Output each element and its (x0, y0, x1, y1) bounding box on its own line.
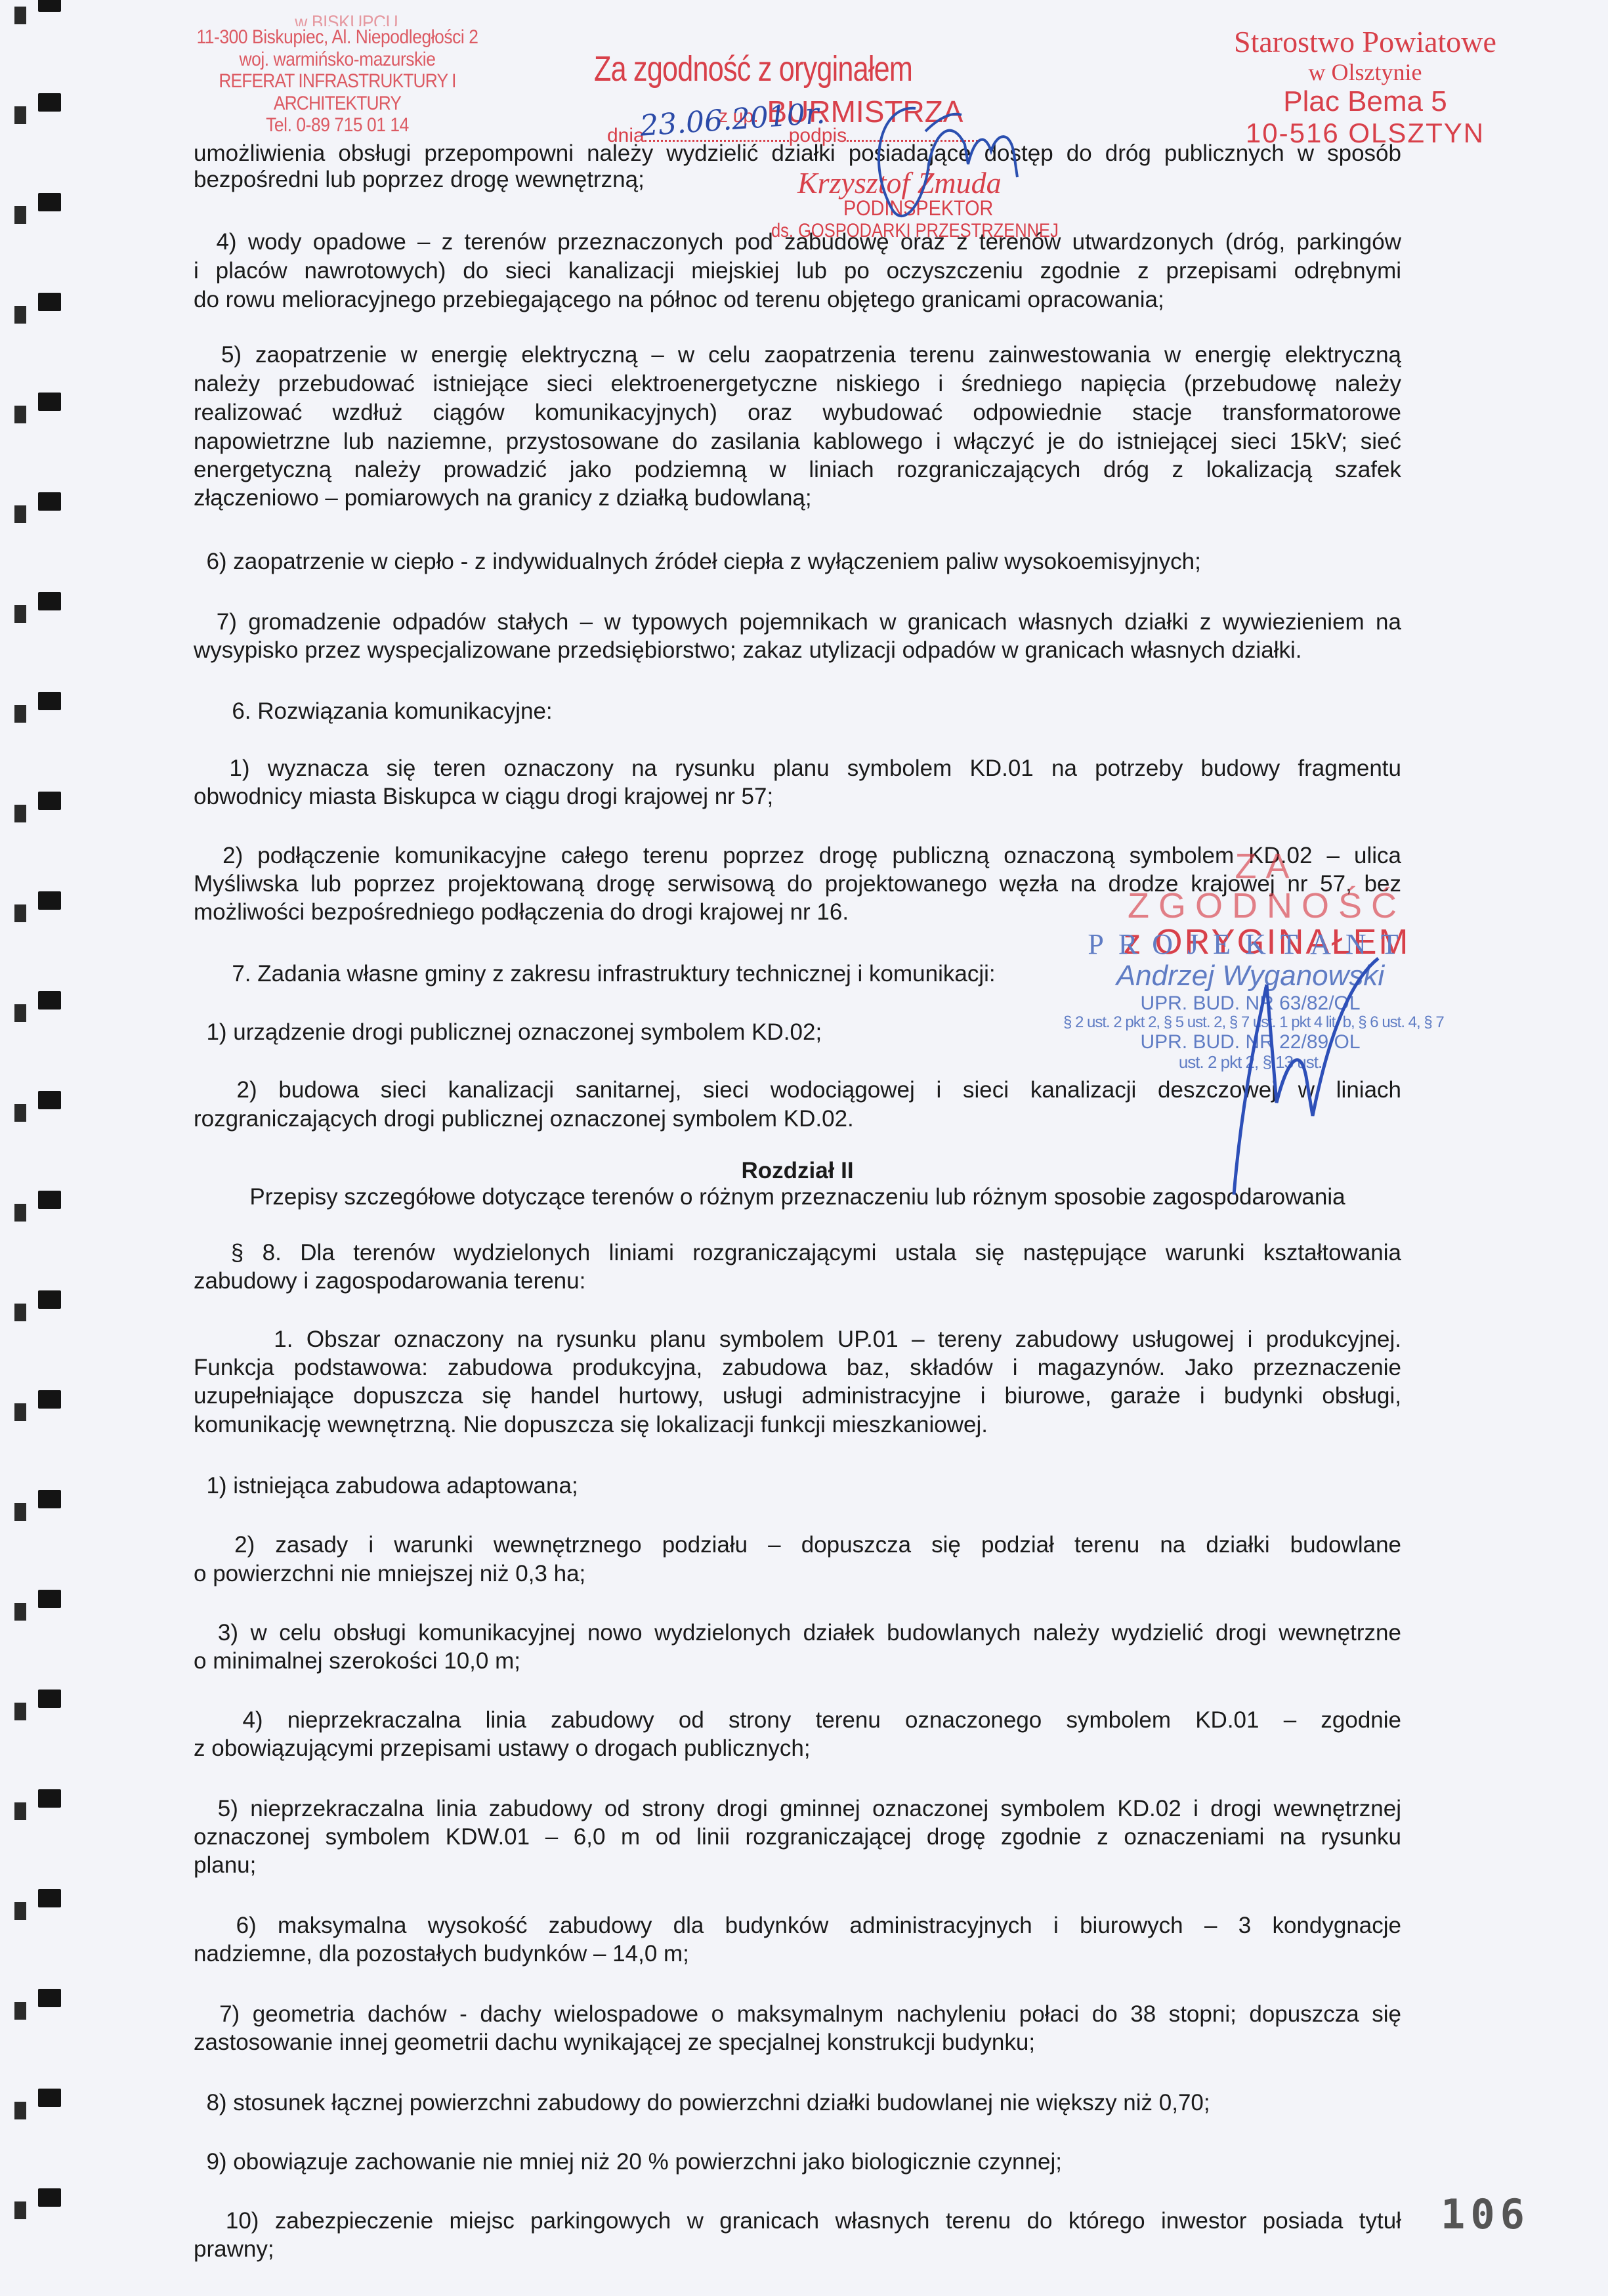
binding-hole-icon (38, 1191, 61, 1209)
document-text-line: uzupełniające dopuszcza się handel hurto… (194, 1382, 1401, 1410)
document-text-line: i placów nawrotowych) do sieci kanalizac… (194, 257, 1401, 285)
document-text-line: zastosowanie innej geometrii dachu wynik… (194, 2029, 1401, 2056)
document-text-line: 5) zaopatrzenie w energię elektryczną – … (194, 341, 1401, 369)
binding-hole-icon (38, 1989, 61, 2007)
binding-hole-icon (14, 2002, 26, 2020)
document-text-line: oznaczonej symbolem KDW.01 – 6,0 m od li… (194, 1823, 1401, 1851)
document-text-line: 4) nieprzekraczalna linia zabudowy od st… (194, 1707, 1401, 1734)
document-text-line: prawny; (194, 2236, 1401, 2263)
document-text-line: umożliwienia obsługi przepompowni należy… (194, 140, 1401, 167)
document-text-line: 6) zaopatrzenie w ciepło - z indywidualn… (194, 548, 1401, 576)
document-text-line: § 8. Dla terenów wydzielonych liniami ro… (194, 1239, 1401, 1267)
certification-stamp: Za zgodność z oryginałem z up. BURMISTRZ… (594, 49, 1172, 89)
certification-heading: Za zgodność z oryginałem (594, 49, 1056, 89)
binding-hole-icon (38, 1290, 61, 1309)
binding-hole-icon (14, 705, 26, 723)
document-text-line: złączeniowo – pomiarowych na granicy z d… (194, 484, 1401, 512)
document-text-line: 2) budowa sieci kanalizacji sanitarnej, … (194, 1076, 1401, 1104)
binding-strip (0, 0, 72, 2296)
stamp-department: REFERAT INFRASTRUKTURY I ARCHITEKTURY (164, 70, 511, 114)
document-text-line: 1) istniejąca zabudowa adaptowana; (194, 1472, 1401, 1500)
binding-hole-icon (14, 1004, 26, 1022)
binding-hole-icon (14, 1703, 26, 1720)
binding-hole-icon (14, 2201, 26, 2219)
binding-hole-icon (14, 2102, 26, 2119)
document-text-line: Przepisy szczegółowe dotyczące terenów o… (194, 1183, 1401, 1211)
binding-hole-icon (38, 692, 61, 710)
binding-hole-icon (38, 1390, 61, 1409)
designer-license-1: UPR. BUD. NR 63/82/OL (1063, 992, 1437, 1014)
binding-hole-icon (38, 0, 61, 12)
binding-hole-icon (38, 792, 61, 810)
binding-hole-icon (14, 1503, 26, 1521)
county-office-name: Starostwo Powiatowe (1195, 25, 1536, 59)
document-text-line: 1) wyznacza się teren oznaczony na rysun… (194, 755, 1401, 782)
binding-hole-icon (14, 306, 26, 324)
binding-hole-icon (14, 106, 26, 124)
document-text-line: do rowu melioracyjnego przebiegającego n… (194, 286, 1401, 314)
binding-hole-icon (38, 1091, 61, 1109)
binding-hole-icon (38, 1889, 61, 1907)
binding-hole-icon (38, 2089, 61, 2107)
document-text-line: 4) wody opadowe – z terenów przeznaczony… (194, 228, 1401, 256)
document-text-line: 3) w celu obsługi komunikacyjnej nowo wy… (194, 1619, 1401, 1647)
conformity-line1: ZA ZGODNOŚĆ (1116, 847, 1418, 926)
document-text-line: o minimalnej szerokości 10,0 m; (194, 1648, 1401, 1675)
document-text-line: komunikację wewnętrzną. Nie dopuszcza si… (194, 1411, 1401, 1439)
binding-hole-icon (38, 891, 61, 910)
stamp-line: ... w BISKUPCU (164, 12, 511, 26)
binding-hole-icon (14, 1204, 26, 1222)
document-text-line: z obowiązującymi przepisami ustawy o dro… (194, 1735, 1401, 1762)
county-office-stamp: Starostwo Powiatowe w Olsztynie Plac Bem… (1195, 25, 1536, 148)
document-text-line: należy przebudować istniejące sieci elek… (194, 370, 1401, 398)
document-text-line: realizować wzdłuż ciągów komunikacyjnych… (194, 399, 1401, 427)
binding-hole-icon (14, 1802, 26, 1820)
document-text-line: napowietrzne lub naziemne, przystosowane… (194, 428, 1401, 456)
binding-hole-icon (14, 1603, 26, 1621)
binding-hole-icon (14, 1403, 26, 1421)
county-office-city: w Olsztynie (1195, 59, 1536, 85)
binding-hole-icon (14, 505, 26, 523)
stamp-phone: Tel. 0-89 715 01 14 (164, 114, 511, 137)
document-text-line: 6. Rozwiązania komunikacyjne: (194, 698, 1401, 725)
document-text-line: 2) zasady i warunki wewnętrznego podział… (194, 1531, 1401, 1559)
document-text-line: zabudowy i zagospodarowania terenu: (194, 1267, 1401, 1295)
document-text-line: 6) maksymalna wysokość zabudowy dla budy… (194, 1912, 1401, 1940)
binding-hole-icon (14, 7, 26, 24)
binding-hole-icon (14, 605, 26, 623)
document-text-line: rozgraniczających drogi publicznej oznac… (194, 1105, 1401, 1133)
document-text-line: obwodnicy miasta Biskupca w ciągu drogi … (194, 783, 1401, 811)
municipal-office-stamp: ... w BISKUPCU 11-300 Biskupiec, Al. Nie… (164, 12, 511, 137)
document-text-line: Funkcja podstawowa: zabudowa produkcyjna… (194, 1354, 1401, 1382)
binding-hole-icon (38, 492, 61, 511)
binding-hole-icon (14, 1104, 26, 1122)
stamp-region: woj. warmińsko-mazurskie (164, 49, 511, 71)
binding-hole-icon (38, 393, 61, 411)
signatory-title: PODINSPEKTOR (843, 197, 993, 221)
binding-hole-icon (38, 2188, 61, 2207)
binding-hole-icon (38, 991, 61, 1010)
binding-hole-icon (14, 1902, 26, 1920)
binding-hole-icon (38, 193, 61, 211)
binding-hole-icon (14, 805, 26, 822)
binding-hole-icon (14, 406, 26, 423)
county-office-street: Plac Bema 5 (1195, 85, 1536, 117)
document-text-line: energetyczną należy prowadzić jako podzi… (194, 456, 1401, 484)
binding-hole-icon (14, 1304, 26, 1321)
document-text-line: Rozdział II (194, 1157, 1401, 1185)
binding-hole-icon (38, 1590, 61, 1608)
binding-hole-icon (38, 1490, 61, 1508)
binding-hole-icon (38, 1789, 61, 1808)
document-text-line: 7) gromadzenie odpadów stałych – w typow… (194, 608, 1401, 636)
document-text-line: o powierzchni nie mniejszej niż 0,3 ha; (194, 1560, 1401, 1588)
binding-hole-icon (38, 592, 61, 610)
document-text-line: bezpośredni lub poprzez drogę wewnętrzną… (194, 166, 1401, 194)
binding-hole-icon (38, 1690, 61, 1708)
binding-hole-icon (38, 293, 61, 311)
page-number: 106 (1441, 2190, 1530, 2238)
designer-license-2-scope: ust. 2 pkt 2, § 13 ust. (1063, 1053, 1437, 1072)
document-text-line: 7) geometria dachów - dachy wielospadowe… (194, 2001, 1401, 2028)
document-text-line: nadziemne, dla pozostałych budynków – 14… (194, 1940, 1401, 1968)
document-text-line: wysypisko przez wyspecjalizowane przedsi… (194, 637, 1401, 664)
document-text-line: 10) zabezpieczenie miejsc parkingowych w… (194, 2207, 1401, 2235)
designer-stamp: PROJEKTANT Andrzej Wyganowski UPR. BUD. … (1063, 929, 1437, 1072)
binding-hole-icon (14, 904, 26, 922)
designer-license-2: UPR. BUD. NR 22/89/OL (1063, 1031, 1437, 1053)
document-text-line: 5) nieprzekraczalna linia zabudowy od st… (194, 1795, 1401, 1823)
designer-license-1-scope: § 2 ust. 2 pkt 2, § 5 ust. 2, § 7 ust. 1… (1063, 1014, 1437, 1031)
binding-hole-icon (14, 206, 26, 224)
designer-name: Andrzej Wyganowski (1063, 960, 1437, 992)
binding-hole-icon (38, 93, 61, 112)
stamp-address: 11-300 Biskupiec, Al. Niepodległości 2 (164, 26, 511, 49)
designer-title: PROJEKTANT (1063, 929, 1437, 960)
document-text-line: 1. Obszar oznaczony na rysunku planu sym… (194, 1326, 1401, 1353)
document-text-line: 9) obowiązuje zachowanie nie mniej niż 2… (194, 2148, 1401, 2176)
document-text-line: 8) stosunek łącznej powierzchni zabudowy… (194, 2089, 1401, 2117)
document-text-line: planu; (194, 1852, 1401, 1879)
